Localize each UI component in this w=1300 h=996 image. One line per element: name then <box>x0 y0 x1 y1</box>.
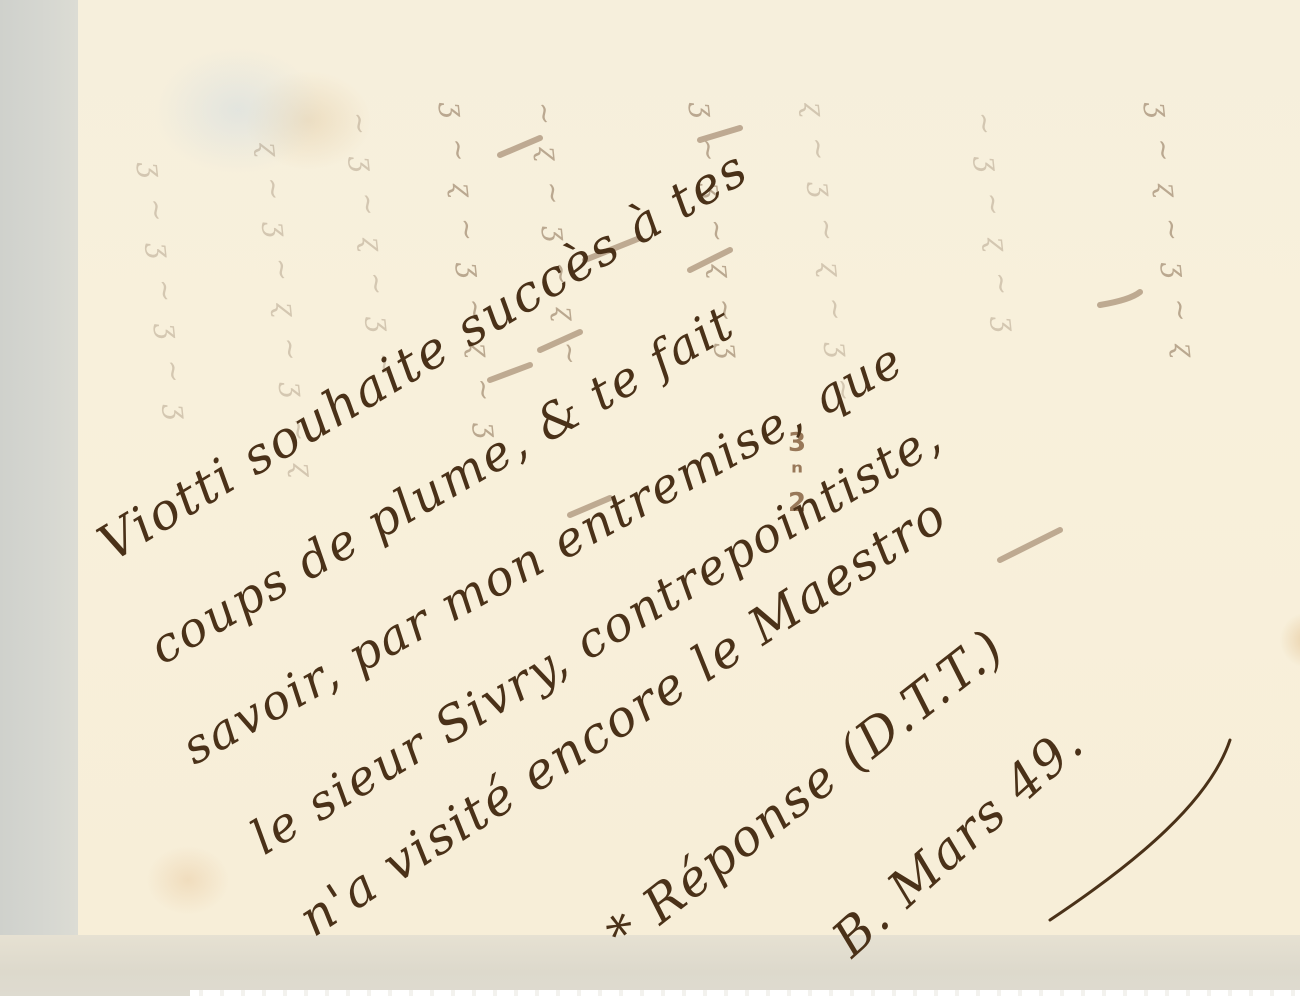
scanned-document: ʒ ~ ʒ ~ ʒ ~ ʒ ɀ ~ ʒ ~ ɀ ~ ʒ ~ ɀ ~ ʒ ~ ɀ … <box>0 0 1300 996</box>
signature-flourish <box>0 0 1300 996</box>
